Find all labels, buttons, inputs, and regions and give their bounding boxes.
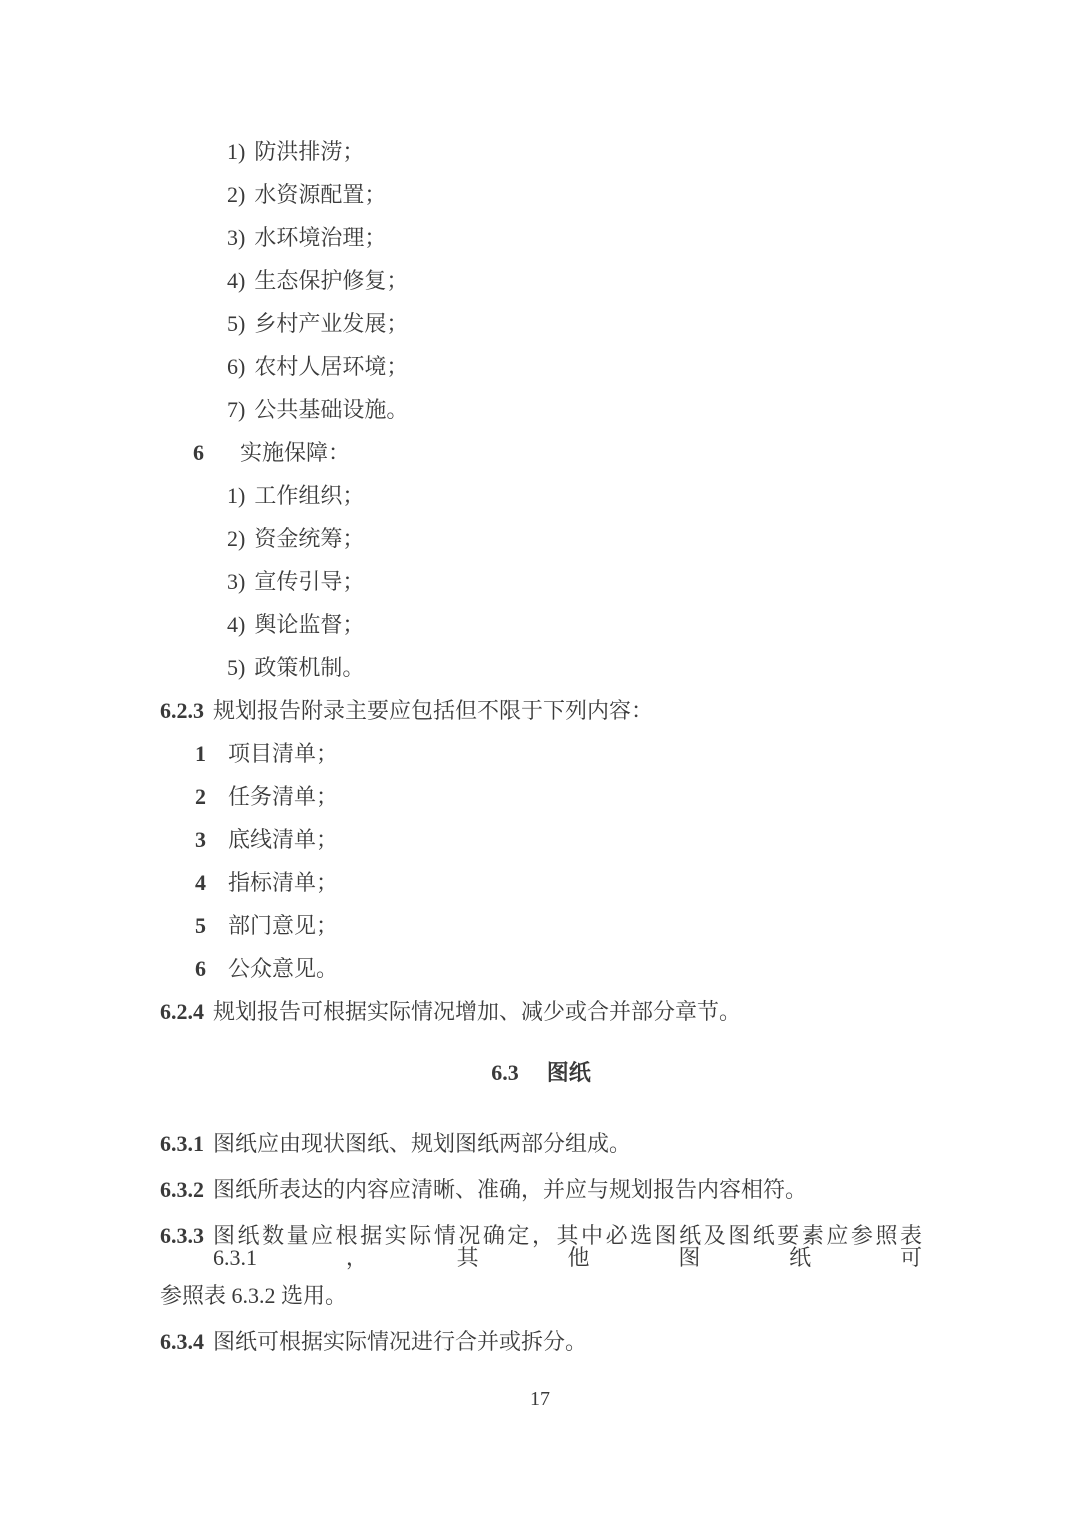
item-text: 指标清单； bbox=[228, 872, 338, 894]
clause-line: 参照表 6.3.2 选用。 bbox=[160, 1285, 922, 1307]
clause-number: 6.2.4 bbox=[160, 1001, 204, 1023]
numbered-item-6: 6 实施保障： bbox=[160, 442, 922, 464]
item-number: 2 bbox=[195, 786, 228, 808]
sublist-item-text: 乡村产业发展； bbox=[254, 313, 408, 335]
document-content: 1) 防洪排涝； 2) 水资源配置； 3) 水环境治理； 4) 生态保护修复； … bbox=[160, 141, 922, 1377]
clause-number: 6.3.1 bbox=[160, 1133, 204, 1155]
clause-631: 6.3.1 图纸应由现状图纸、规划图纸两部分组成。 bbox=[160, 1133, 922, 1155]
sublist-item-text: 水环境治理； bbox=[254, 227, 386, 249]
sublist-item: 4) 舆论监督； bbox=[160, 614, 922, 636]
sublist-item: 6) 农村人居环境； bbox=[160, 356, 922, 378]
sublist-item: 1) 防洪排涝； bbox=[160, 141, 922, 163]
section-title: 图纸 bbox=[547, 1060, 591, 1085]
clause-text: 图纸数量应根据实际情况确定，其中必选图纸及图纸要素应参照表 6.3.1，其他图纸… bbox=[213, 1225, 922, 1269]
clause-text: 参照表 6.3.2 选用。 bbox=[160, 1283, 347, 1308]
item-number: 6 bbox=[195, 958, 228, 980]
sublist-item-text: 工作组织； bbox=[254, 485, 364, 507]
sublist-item-marker: 5) bbox=[227, 657, 245, 679]
item-text: 底线清单； bbox=[228, 829, 338, 851]
clause-number: 6.2.3 bbox=[160, 700, 204, 722]
clause-632: 6.3.2 图纸所表达的内容应清晰、准确，并应与规划报告内容相符。 bbox=[160, 1179, 922, 1201]
sublist-item-marker: 4) bbox=[227, 270, 245, 292]
sublist-item: 7) 公共基础设施。 bbox=[160, 399, 922, 421]
sublist-item: 2) 资金统筹； bbox=[160, 528, 922, 550]
appendix-list-item: 2 任务清单； bbox=[160, 786, 922, 808]
clause-line: 6.3.3 图纸数量应根据实际情况确定，其中必选图纸及图纸要素应参照表 6.3.… bbox=[160, 1225, 922, 1269]
clause-text: 图纸可根据实际情况进行合并或拆分。 bbox=[213, 1331, 587, 1353]
appendix-list-item: 3 底线清单； bbox=[160, 829, 922, 851]
sublist-item-marker: 7) bbox=[227, 399, 245, 421]
item-text: 项目清单； bbox=[228, 743, 338, 765]
clause-number: 6.3.4 bbox=[160, 1331, 204, 1353]
sublist-item-text: 公共基础设施。 bbox=[254, 399, 408, 421]
sublist-item: 4) 生态保护修复； bbox=[160, 270, 922, 292]
item-text: 任务清单； bbox=[228, 786, 338, 808]
item-text: 部门意见； bbox=[228, 915, 338, 937]
sublist-item-marker: 1) bbox=[227, 141, 245, 163]
section-heading-63: 6.3图纸 bbox=[160, 1062, 922, 1084]
sublist-item-text: 宣传引导； bbox=[254, 571, 364, 593]
safeguard-sublist: 1) 工作组织； 2) 资金统筹； 3) 宣传引导； 4) 舆论监督； 5) 政… bbox=[160, 485, 922, 679]
sublist-item-text: 舆论监督； bbox=[254, 614, 364, 636]
sublist-item-text: 政策机制。 bbox=[254, 657, 364, 679]
clause-633: 6.3.3 图纸数量应根据实际情况确定，其中必选图纸及图纸要素应参照表 6.3.… bbox=[160, 1225, 922, 1307]
appendix-list: 1 项目清单； 2 任务清单； 3 底线清单； 4 指标清单； 5 部门意见； … bbox=[160, 743, 922, 980]
item-number: 6 bbox=[193, 442, 240, 464]
clause-number: 6.3.2 bbox=[160, 1179, 204, 1201]
sublist-item-marker: 2) bbox=[227, 184, 245, 206]
sublist-item-marker: 4) bbox=[227, 614, 245, 636]
clause-text: 图纸应由现状图纸、规划图纸两部分组成。 bbox=[213, 1133, 631, 1155]
clause-number: 6.3.3 bbox=[160, 1225, 204, 1269]
appendix-list-item: 4 指标清单； bbox=[160, 872, 922, 894]
sublist-item-marker: 3) bbox=[227, 227, 245, 249]
measures-sublist: 1) 防洪排涝； 2) 水资源配置； 3) 水环境治理； 4) 生态保护修复； … bbox=[160, 141, 922, 421]
item-number: 1 bbox=[195, 743, 228, 765]
clause-634: 6.3.4 图纸可根据实际情况进行合并或拆分。 bbox=[160, 1331, 922, 1353]
sublist-item-text: 生态保护修复； bbox=[254, 270, 408, 292]
item-number: 3 bbox=[195, 829, 228, 851]
sublist-item-marker: 2) bbox=[227, 528, 245, 550]
sublist-item: 1) 工作组织； bbox=[160, 485, 922, 507]
sublist-item-text: 农村人居环境； bbox=[254, 356, 408, 378]
appendix-list-item: 1 项目清单； bbox=[160, 743, 922, 765]
sublist-item-marker: 3) bbox=[227, 571, 245, 593]
item-number: 4 bbox=[195, 872, 228, 894]
sublist-item: 2) 水资源配置； bbox=[160, 184, 922, 206]
sublist-item-marker: 1) bbox=[227, 485, 245, 507]
sublist-item-text: 资金统筹； bbox=[254, 528, 364, 550]
clause-text: 规划报告可根据实际情况增加、减少或合并部分章节。 bbox=[213, 1001, 741, 1023]
document-page: 1) 防洪排涝； 2) 水资源配置； 3) 水环境治理； 4) 生态保护修复； … bbox=[0, 0, 1080, 1527]
sublist-item: 3) 宣传引导； bbox=[160, 571, 922, 593]
sublist-item-text: 防洪排涝； bbox=[254, 141, 364, 163]
appendix-list-item: 6 公众意见。 bbox=[160, 958, 922, 980]
item-number: 5 bbox=[195, 915, 228, 937]
clause-text: 图纸所表达的内容应清晰、准确，并应与规划报告内容相符。 bbox=[213, 1179, 807, 1201]
sublist-item: 5) 政策机制。 bbox=[160, 657, 922, 679]
sublist-item-marker: 5) bbox=[227, 313, 245, 335]
clause-text: 规划报告附录主要应包括但不限于下列内容： bbox=[213, 700, 653, 722]
appendix-list-item: 5 部门意见； bbox=[160, 915, 922, 937]
item-text: 实施保障： bbox=[240, 442, 350, 464]
sublist-item-text: 水资源配置； bbox=[254, 184, 386, 206]
sublist-item-marker: 6) bbox=[227, 356, 245, 378]
page-number: 17 bbox=[0, 1389, 1080, 1409]
sublist-item: 5) 乡村产业发展； bbox=[160, 313, 922, 335]
item-text: 公众意见。 bbox=[228, 958, 338, 980]
section-number: 6.3 bbox=[491, 1060, 519, 1085]
clause-624: 6.2.4 规划报告可根据实际情况增加、减少或合并部分章节。 bbox=[160, 1001, 922, 1023]
clause-623: 6.2.3 规划报告附录主要应包括但不限于下列内容： bbox=[160, 700, 922, 722]
sublist-item: 3) 水环境治理； bbox=[160, 227, 922, 249]
